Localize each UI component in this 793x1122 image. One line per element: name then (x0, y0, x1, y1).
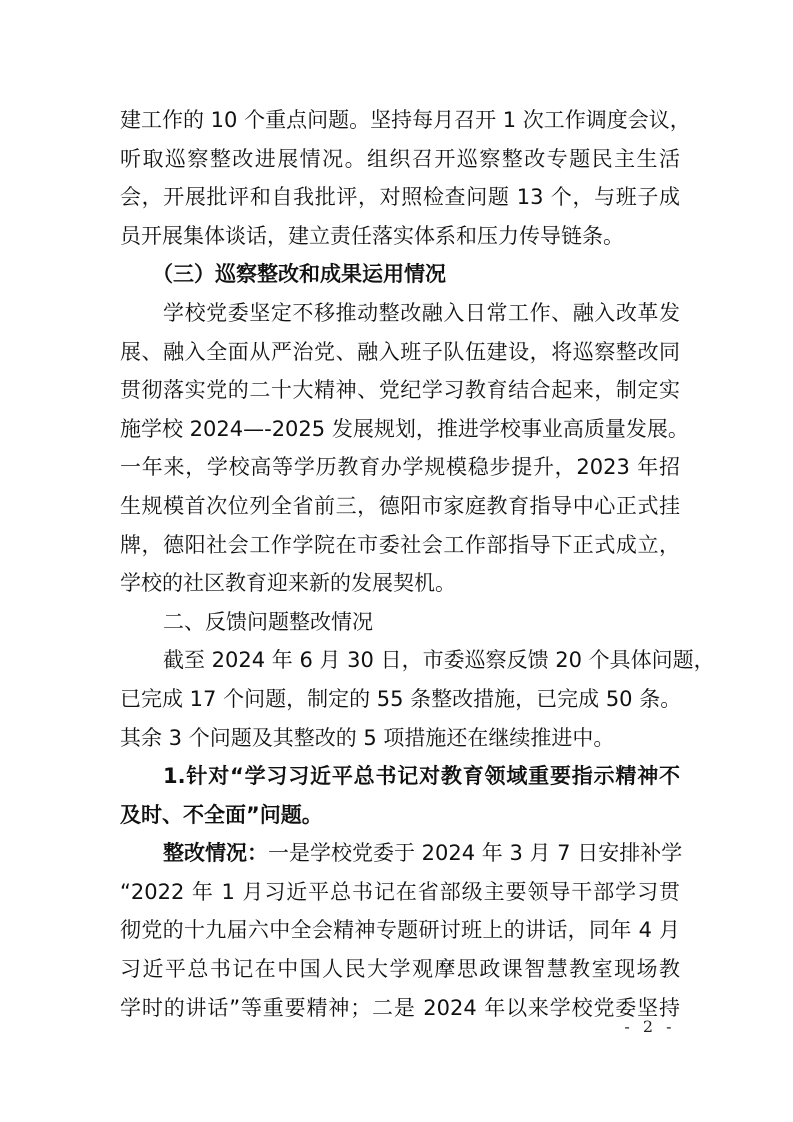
text-line: 其余 3 个问题及其整改的 5 项措施还在继续推进中。 (120, 719, 680, 758)
rectification-paragraph: 整改情况：一是学校党委于 2024 年 3 月 7 日安排补学 “2022 年 … (120, 834, 680, 1027)
text-line: 已完成 17 个问题，制定的 55 条整改措施，已完成 50 条。 (120, 680, 680, 719)
text-line: 整改情况：一是学校党委于 2024 年 3 月 7 日安排补学 (120, 834, 680, 873)
chapter-heading-text: 二、反馈问题整改情况 (120, 603, 680, 642)
rectification-text: 一是学校党委于 2024 年 3 月 7 日安排补学 (268, 834, 682, 873)
text-line: 听取巡察整改进展情况。组织召开巡察整改专题民主生活 (120, 140, 680, 179)
section-heading-text: （三）巡察整改和成果运用情况 (120, 255, 680, 294)
text-line: 生规模首次位列全省前三，德阳市家庭教育指导中心正式挂 (120, 487, 680, 526)
text-line: 施学校 2024—-2025 发展规划，推进学校事业高质量发展。 (120, 410, 680, 449)
section-heading: （三）巡察整改和成果运用情况 (120, 255, 680, 294)
paragraph-body: 学校党委坚定不移推动整改融入日常工作、融入改革发 展、融入全面从严治党、融入班子… (120, 294, 680, 603)
text-line: 彻党的十九届六中全会精神专题研讨班上的讲话，同年 4 月 (120, 911, 680, 950)
text-line: 习近平总书记在中国人民大学观摩思政课智慧教室现场教 (120, 950, 680, 989)
text-line: 学时的讲话”等重要精神；二是 2024 年以来学校党委坚持 (120, 989, 680, 1028)
issue-heading-text: 及时、不全面”问题。 (120, 796, 680, 835)
text-line: “2022 年 1 月习近平总书记在省部级主要领导干部学习贯 (120, 873, 680, 912)
text-line: 学校的社区教育迎来新的发展契机。 (120, 564, 680, 603)
text-line: 牌，德阳社会工作学院在市委社会工作部指导下正式成立， (120, 526, 680, 565)
text-line: 员开展集体谈话，建立责任落实体系和压力传导链条。 (120, 217, 680, 256)
chapter-heading: 二、反馈问题整改情况 (120, 603, 680, 642)
text-line: 会，开展批评和自我批评，对照检查问题 13 个，与班子成 (120, 178, 680, 217)
issue-heading: 1.针对“学习习近平总书记对教育领域重要指示精神不 及时、不全面”问题。 (120, 757, 680, 834)
paragraph-continued: 建工作的 10 个重点问题。坚持每月召开 1 次工作调度会议， 听取巡察整改进展… (120, 101, 680, 255)
text-line: 截至 2024 年 6 月 30 日，市委巡察反馈 20 个具体问题， (120, 641, 680, 680)
text-line: 展、融入全面从严治党、融入班子队伍建设，将巡察整改同 (120, 333, 680, 372)
text-line: 贯彻落实党的二十大精神、党纪学习教育结合起来，制定实 (120, 371, 680, 410)
document-page: 建工作的 10 个重点问题。坚持每月召开 1 次工作调度会议， 听取巡察整改进展… (120, 101, 680, 1027)
text-line: 建工作的 10 个重点问题。坚持每月召开 1 次工作调度会议， (120, 101, 680, 140)
page-number: - 2 - (620, 1017, 680, 1036)
text-line: 学校党委坚定不移推动整改融入日常工作、融入改革发 (120, 294, 680, 333)
text-line: 一年来，学校高等学历教育办学规模稳步提升，2023 年招 (120, 448, 680, 487)
paragraph-body: 截至 2024 年 6 月 30 日，市委巡察反馈 20 个具体问题， 已完成 … (120, 641, 680, 757)
rectification-label: 整改情况： (163, 834, 268, 873)
issue-heading-text: 1.针对“学习习近平总书记对教育领域重要指示精神不 (120, 757, 680, 796)
